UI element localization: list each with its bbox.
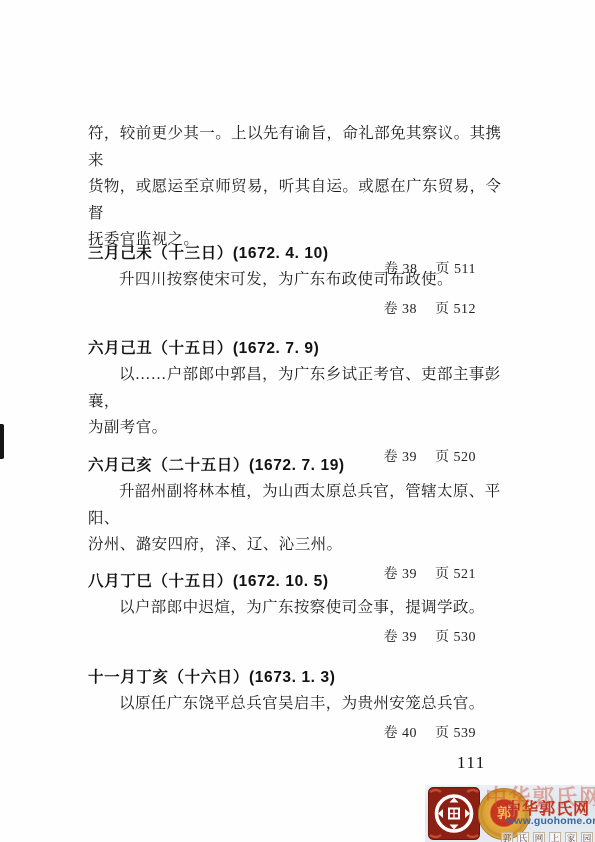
tagline-char: 园 bbox=[581, 832, 593, 842]
body-line: 升韶州副将林本植，为山西太原总兵官，管辖太原、平阳、 bbox=[88, 479, 516, 532]
chronicle-entry: 八月丁巳（十五日）(1672. 10. 5) 以户部郎中迟煊，为广东按察使司佥事… bbox=[88, 568, 516, 648]
scanned-book-page: 符，较前更少其一。上以先有谕旨，命礼部免其察议。其携来 货物，或愿运至京师贸易，… bbox=[0, 0, 595, 842]
entry-date-heading: 六月己亥（二十五日）(1672. 7. 19) bbox=[88, 452, 516, 479]
volume-ref: 卷 40 bbox=[384, 726, 418, 741]
body-line: 以户部郎中迟煊，为广东按察使司佥事，提调学政。 bbox=[88, 595, 516, 622]
page-ref: 页 539 bbox=[435, 726, 476, 741]
tagline-char: 上 bbox=[549, 832, 561, 842]
source-reference: 卷 38页 512 bbox=[88, 299, 476, 320]
chronicle-entry: 六月己丑（十五日）(1672. 7. 9) 以……户部郎中郭昌，为广东乡试正考官… bbox=[88, 335, 516, 468]
volume-ref: 卷 38 bbox=[384, 302, 418, 317]
entry-date-heading: 十一月丁亥（十六日）(1673. 1. 3) bbox=[88, 664, 516, 691]
chronicle-entry: 十一月丁亥（十六日）(1673. 1. 3) 以原任广东饶平总兵官吴启丰，为贵州… bbox=[88, 664, 516, 744]
body-line: 为副考官。 bbox=[88, 415, 516, 442]
entry-date-heading: 三月己未（十三日）(1672. 4. 10) bbox=[88, 240, 516, 267]
page-ref: 页 512 bbox=[435, 302, 476, 317]
tagline-char: 网 bbox=[533, 832, 545, 842]
body-line: 货物，或愿运至京师贸易，听其自运。或愿在广东贸易，令督 bbox=[88, 174, 516, 227]
body-line: 升四川按察使宋可发，为广东布政使司布政使。 bbox=[88, 267, 516, 294]
body-line: 符，较前更少其一。上以先有谕旨，命礼部免其察议。其携来 bbox=[88, 121, 516, 174]
body-line: 以……户部郎中郭昌，为广东乡试正考官、吏部主事彭襄， bbox=[88, 362, 516, 415]
entry-date-heading: 八月丁巳（十五日）(1672. 10. 5) bbox=[88, 568, 516, 595]
tagline-char: 氏 bbox=[517, 832, 529, 842]
tagline-char: 家 bbox=[565, 832, 577, 842]
page-number: 111 bbox=[457, 753, 486, 773]
watermark-tagline: 郭氏网上家园 bbox=[501, 828, 595, 842]
volume-ref: 卷 39 bbox=[384, 630, 418, 645]
chronicle-entry: 三月己未（十三日）(1672. 4. 10) 升四川按察使宋可发，为广东布政使司… bbox=[88, 240, 516, 320]
source-reference: 卷 40页 539 bbox=[88, 723, 476, 744]
watermark-site-url: www.guohome.org bbox=[506, 815, 595, 827]
guo-clan-emblem-icon bbox=[428, 787, 480, 840]
body-line: 汾州、潞安四府，泽、辽、沁三州。 bbox=[88, 532, 516, 559]
watermark-guohome: 郭 中华郭氏网 中华郭氏网 www.guohome.org 郭氏网上家园 bbox=[425, 785, 595, 842]
entry-date-heading: 六月己丑（十五日）(1672. 7. 9) bbox=[88, 335, 516, 362]
page-ref: 页 530 bbox=[435, 630, 476, 645]
body-line: 以原任广东饶平总兵官吴启丰，为贵州安笼总兵官。 bbox=[88, 691, 516, 718]
tagline-char: 郭 bbox=[501, 832, 513, 842]
chronicle-entry: 六月己亥（二十五日）(1672. 7. 19) 升韶州副将林本植，为山西太原总兵… bbox=[88, 452, 516, 585]
source-reference: 卷 39页 530 bbox=[88, 627, 476, 648]
scan-edge-artifact bbox=[0, 424, 4, 459]
